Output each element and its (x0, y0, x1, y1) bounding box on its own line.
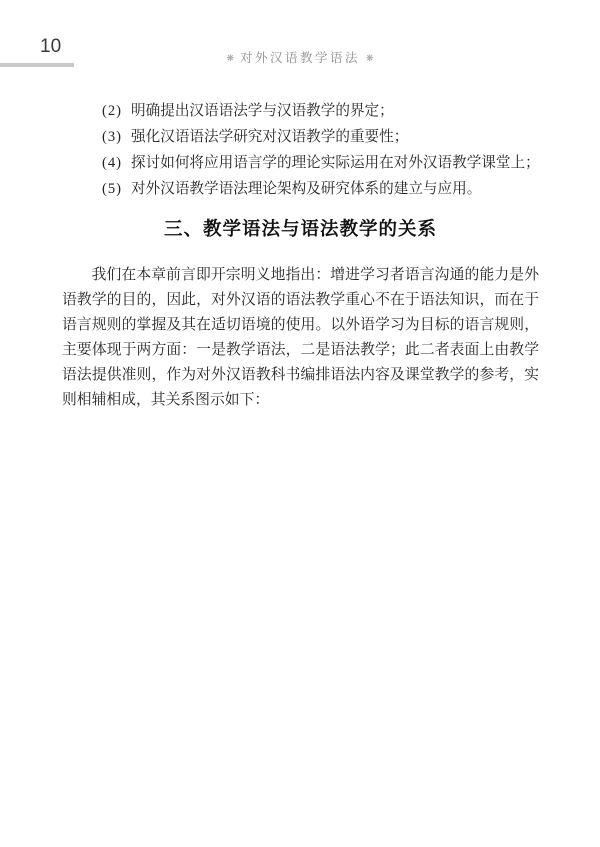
list-item-text: 探讨如何将应用语言学的理论实际运用在对外汉语教学课堂上； (131, 155, 540, 171)
flower-ornament-left-icon: ❋ (220, 53, 240, 63)
list-item-text: 明确提出汉语语法学与汉语教学的界定； (131, 103, 394, 119)
running-head: ❋对外汉语教学语法❋ (0, 48, 600, 66)
section-heading: 三、教学语法与语法教学的关系 (62, 216, 539, 242)
list-item: (3)强化汉语语法学研究对汉语教学的重要性； (62, 124, 539, 150)
list-item: (5)对外汉语教学语法理论架构及研究体系的建立与应用。 (62, 176, 539, 202)
list-item: (2)明确提出汉语语法学与汉语教学的界定； (62, 98, 539, 124)
list-item-marker: (5) (102, 181, 122, 197)
book-page: 10 ❋对外汉语教学语法❋ (2)明确提出汉语语法学与汉语教学的界定； (3)强… (0, 0, 600, 847)
list-item: (4)探讨如何将应用语言学的理论实际运用在对外汉语教学课堂上； (62, 150, 539, 176)
list-item-marker: (2) (102, 103, 122, 119)
flower-ornament-right-icon: ❋ (360, 53, 380, 63)
list-item-text: 对外汉语教学语法理论架构及研究体系的建立与应用。 (131, 181, 481, 197)
body-paragraph: 我们在本章前言即开宗明义地指出：增进学习者语言沟通的能力是外语教学的目的，因此，… (62, 263, 539, 413)
numbered-list: (2)明确提出汉语语法学与汉语教学的界定； (3)强化汉语语法学研究对汉语教学的… (62, 98, 539, 202)
running-head-title: 对外汉语教学语法 (240, 51, 360, 65)
list-item-text: 强化汉语语法学研究对汉语教学的重要性； (131, 129, 408, 145)
page-content: (2)明确提出汉语语法学与汉语教学的界定； (3)强化汉语语法学研究对汉语教学的… (62, 98, 539, 413)
list-item-marker: (4) (102, 155, 122, 171)
list-item-marker: (3) (102, 129, 122, 145)
